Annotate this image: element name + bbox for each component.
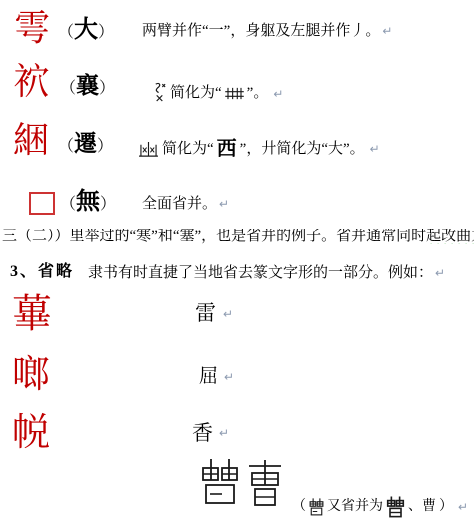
return-arrow-icon: ↵ [370, 143, 380, 155]
cao-ancient-double-glyph-small-icon [309, 498, 324, 516]
clerical-char-qu: 屈 [199, 367, 218, 386]
simplified-west-char: 西 [217, 139, 237, 159]
paren-close: ） [439, 500, 453, 514]
seal-glyph-lei: 蓽 [12, 294, 52, 334]
paren-open: （ [292, 500, 306, 514]
return-arrow-icon: ↵ [219, 197, 229, 211]
clerical-char-xiang: 香 [192, 423, 213, 444]
note-row3-before: 简化为“ [162, 142, 214, 157]
note-row3-after: ”，廾简化为“大”。 [240, 142, 365, 157]
seal-glyph-row1: 雩 [14, 10, 50, 46]
component-char-qian: 遷 [74, 131, 97, 156]
clerical-char-lei: 雷 [195, 303, 216, 324]
paren-open: （ [60, 196, 76, 213]
section-body-text: 隶书有时直捷了当地省去篆文字形的一部分。例如： [88, 265, 433, 281]
paren-close: ） [99, 80, 115, 97]
document-page: 雩 （大） 两臂并作“一”，身躯及左腿并作丿。↵ 袕 （襄） 简化为“ ”。 ↵… [0, 0, 474, 528]
cao-note-tail: 、曹 [408, 500, 436, 514]
seal-component-loops-icon [138, 141, 159, 158]
note-row2-before: 简化为“ [170, 86, 222, 101]
note-row1: 两臂并作“一”，身躯及左腿并作丿。 [142, 23, 380, 39]
seal-glyph-row2: 袕 [13, 64, 50, 101]
seal-component-double-x-icon [152, 82, 167, 105]
paren-close: ） [98, 24, 114, 41]
note-row2-after: ”。 [247, 86, 269, 101]
missing-seal-glyph-box [29, 192, 55, 215]
cao-merged-glyph-small-icon [386, 496, 405, 518]
component-char-xiang: 襄 [76, 73, 99, 98]
seal-glyph-qu: 啷 [12, 356, 50, 394]
component-char-da: 大 [74, 17, 98, 43]
paren-open: （ [60, 80, 76, 97]
return-arrow-icon: ↵ [458, 501, 468, 513]
return-arrow-icon: ↵ [273, 88, 283, 100]
paren-close: ） [97, 138, 113, 155]
paren-open: （ [58, 24, 74, 41]
cao-note-mid: 又省并为 [327, 500, 383, 514]
section-heading: 3、省略 [10, 264, 74, 280]
paren-close: ） [100, 196, 116, 213]
note-row4: 全面省并。 [142, 196, 217, 212]
paragraph-text: 三（二））里举过的“寒”和“塞”，也是省并的例子。省并通常同时 [2, 229, 426, 244]
seal-glyph-row3: 綑 [13, 122, 49, 158]
component-char-wu: 無 [76, 189, 100, 215]
return-arrow-icon: ↵ [223, 308, 233, 320]
seal-component-sw-bars-icon [225, 87, 244, 100]
return-arrow-icon: ↵ [435, 266, 445, 280]
paren-open: （ [58, 138, 74, 155]
paragraph-grammar-flagged-text: 起改曲为直 [426, 229, 474, 244]
return-arrow-icon: ↵ [224, 371, 234, 383]
seal-glyph-xiang: 帨 [12, 414, 50, 452]
return-arrow-icon: ↵ [382, 24, 392, 38]
cao-ancient-double-glyph-icon [200, 458, 240, 506]
cao-intermediate-glyph-icon [246, 459, 284, 507]
return-arrow-icon: ↵ [219, 427, 229, 439]
